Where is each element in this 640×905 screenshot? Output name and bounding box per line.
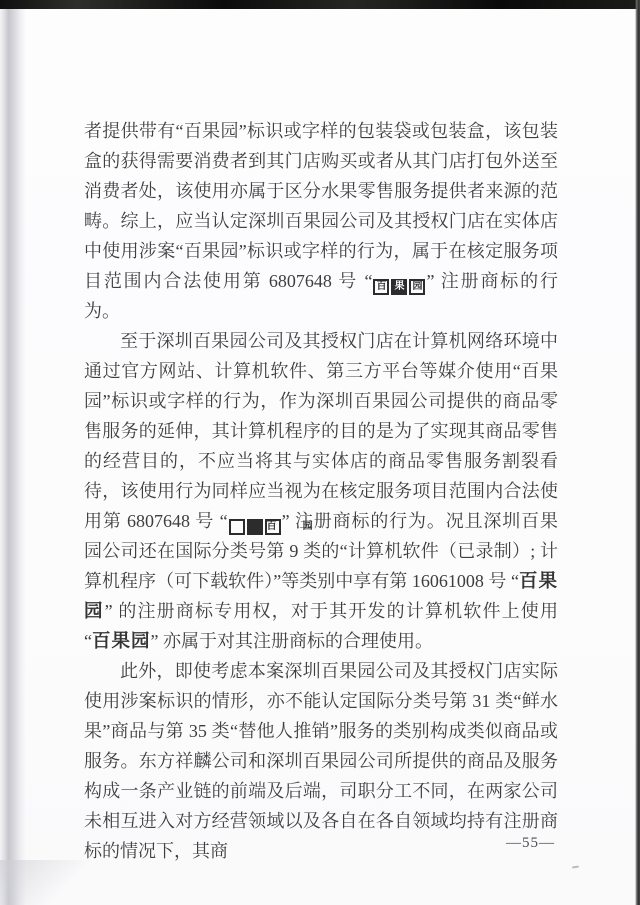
paragraph-text: ” 亦属于对其注册商标的合理使用。 xyxy=(151,631,434,651)
page-number: —55— xyxy=(506,835,555,852)
scan-top-edge xyxy=(0,0,640,9)
paragraph-class-comparison: 此外，即使考虑本案深圳百果园公司及其授权门店实际使用涉案标识的情形，亦不能认定国… xyxy=(84,656,558,866)
paragraph-text: 至于深圳百果园公司及其授权门店在计算机网络环境中通过官方网站、计算机软件、第三方… xyxy=(84,331,558,531)
paragraph-online-use: 至于深圳百果园公司及其授权门店在计算机网络环境中通过官方网站、计算机软件、第三方… xyxy=(84,326,558,656)
baiguoyuan-trademark-logo: 百果园 xyxy=(228,511,282,531)
scan-right-edge xyxy=(635,0,640,905)
scan-artifact-speck xyxy=(572,866,579,869)
scan-corner-shadow xyxy=(0,860,90,905)
judgment-text-body: 者提供带有“百果园”标识或字样的包装袋或包装盒，该包装盒的获得需要消费者到其门店… xyxy=(84,116,558,866)
paragraph-text: 此外，即使考虑本案深圳百果园公司及其授权门店实际使用涉案标识的情形，亦不能认定国… xyxy=(84,661,558,861)
logo-char-yuan: 园 xyxy=(265,519,281,535)
baiguoyuan-brand-name: 百果园 xyxy=(92,630,151,651)
scan-left-shadow xyxy=(0,9,26,905)
paragraph-physical-store-use: 者提供带有“百果园”标识或字样的包装袋或包装盒，该包装盒的获得需要消费者到其门店… xyxy=(84,116,558,326)
logo-char-guo: 果 xyxy=(391,279,407,295)
logo-char-bai: 百 xyxy=(229,519,245,535)
logo-char-guo: 果 xyxy=(247,519,263,535)
scanned-judgment-page: 者提供带有“百果园”标识或字样的包装袋或包装盒，该包装盒的获得需要消费者到其门店… xyxy=(0,0,640,905)
baiguoyuan-trademark-logo: 百果园 xyxy=(372,271,426,291)
paragraph-text: 者提供带有“百果园”标识或字样的包装袋或包装盒，该包装盒的获得需要消费者到其门店… xyxy=(84,121,558,291)
logo-char-bai: 百 xyxy=(373,279,389,295)
logo-char-yuan: 园 xyxy=(409,279,425,295)
